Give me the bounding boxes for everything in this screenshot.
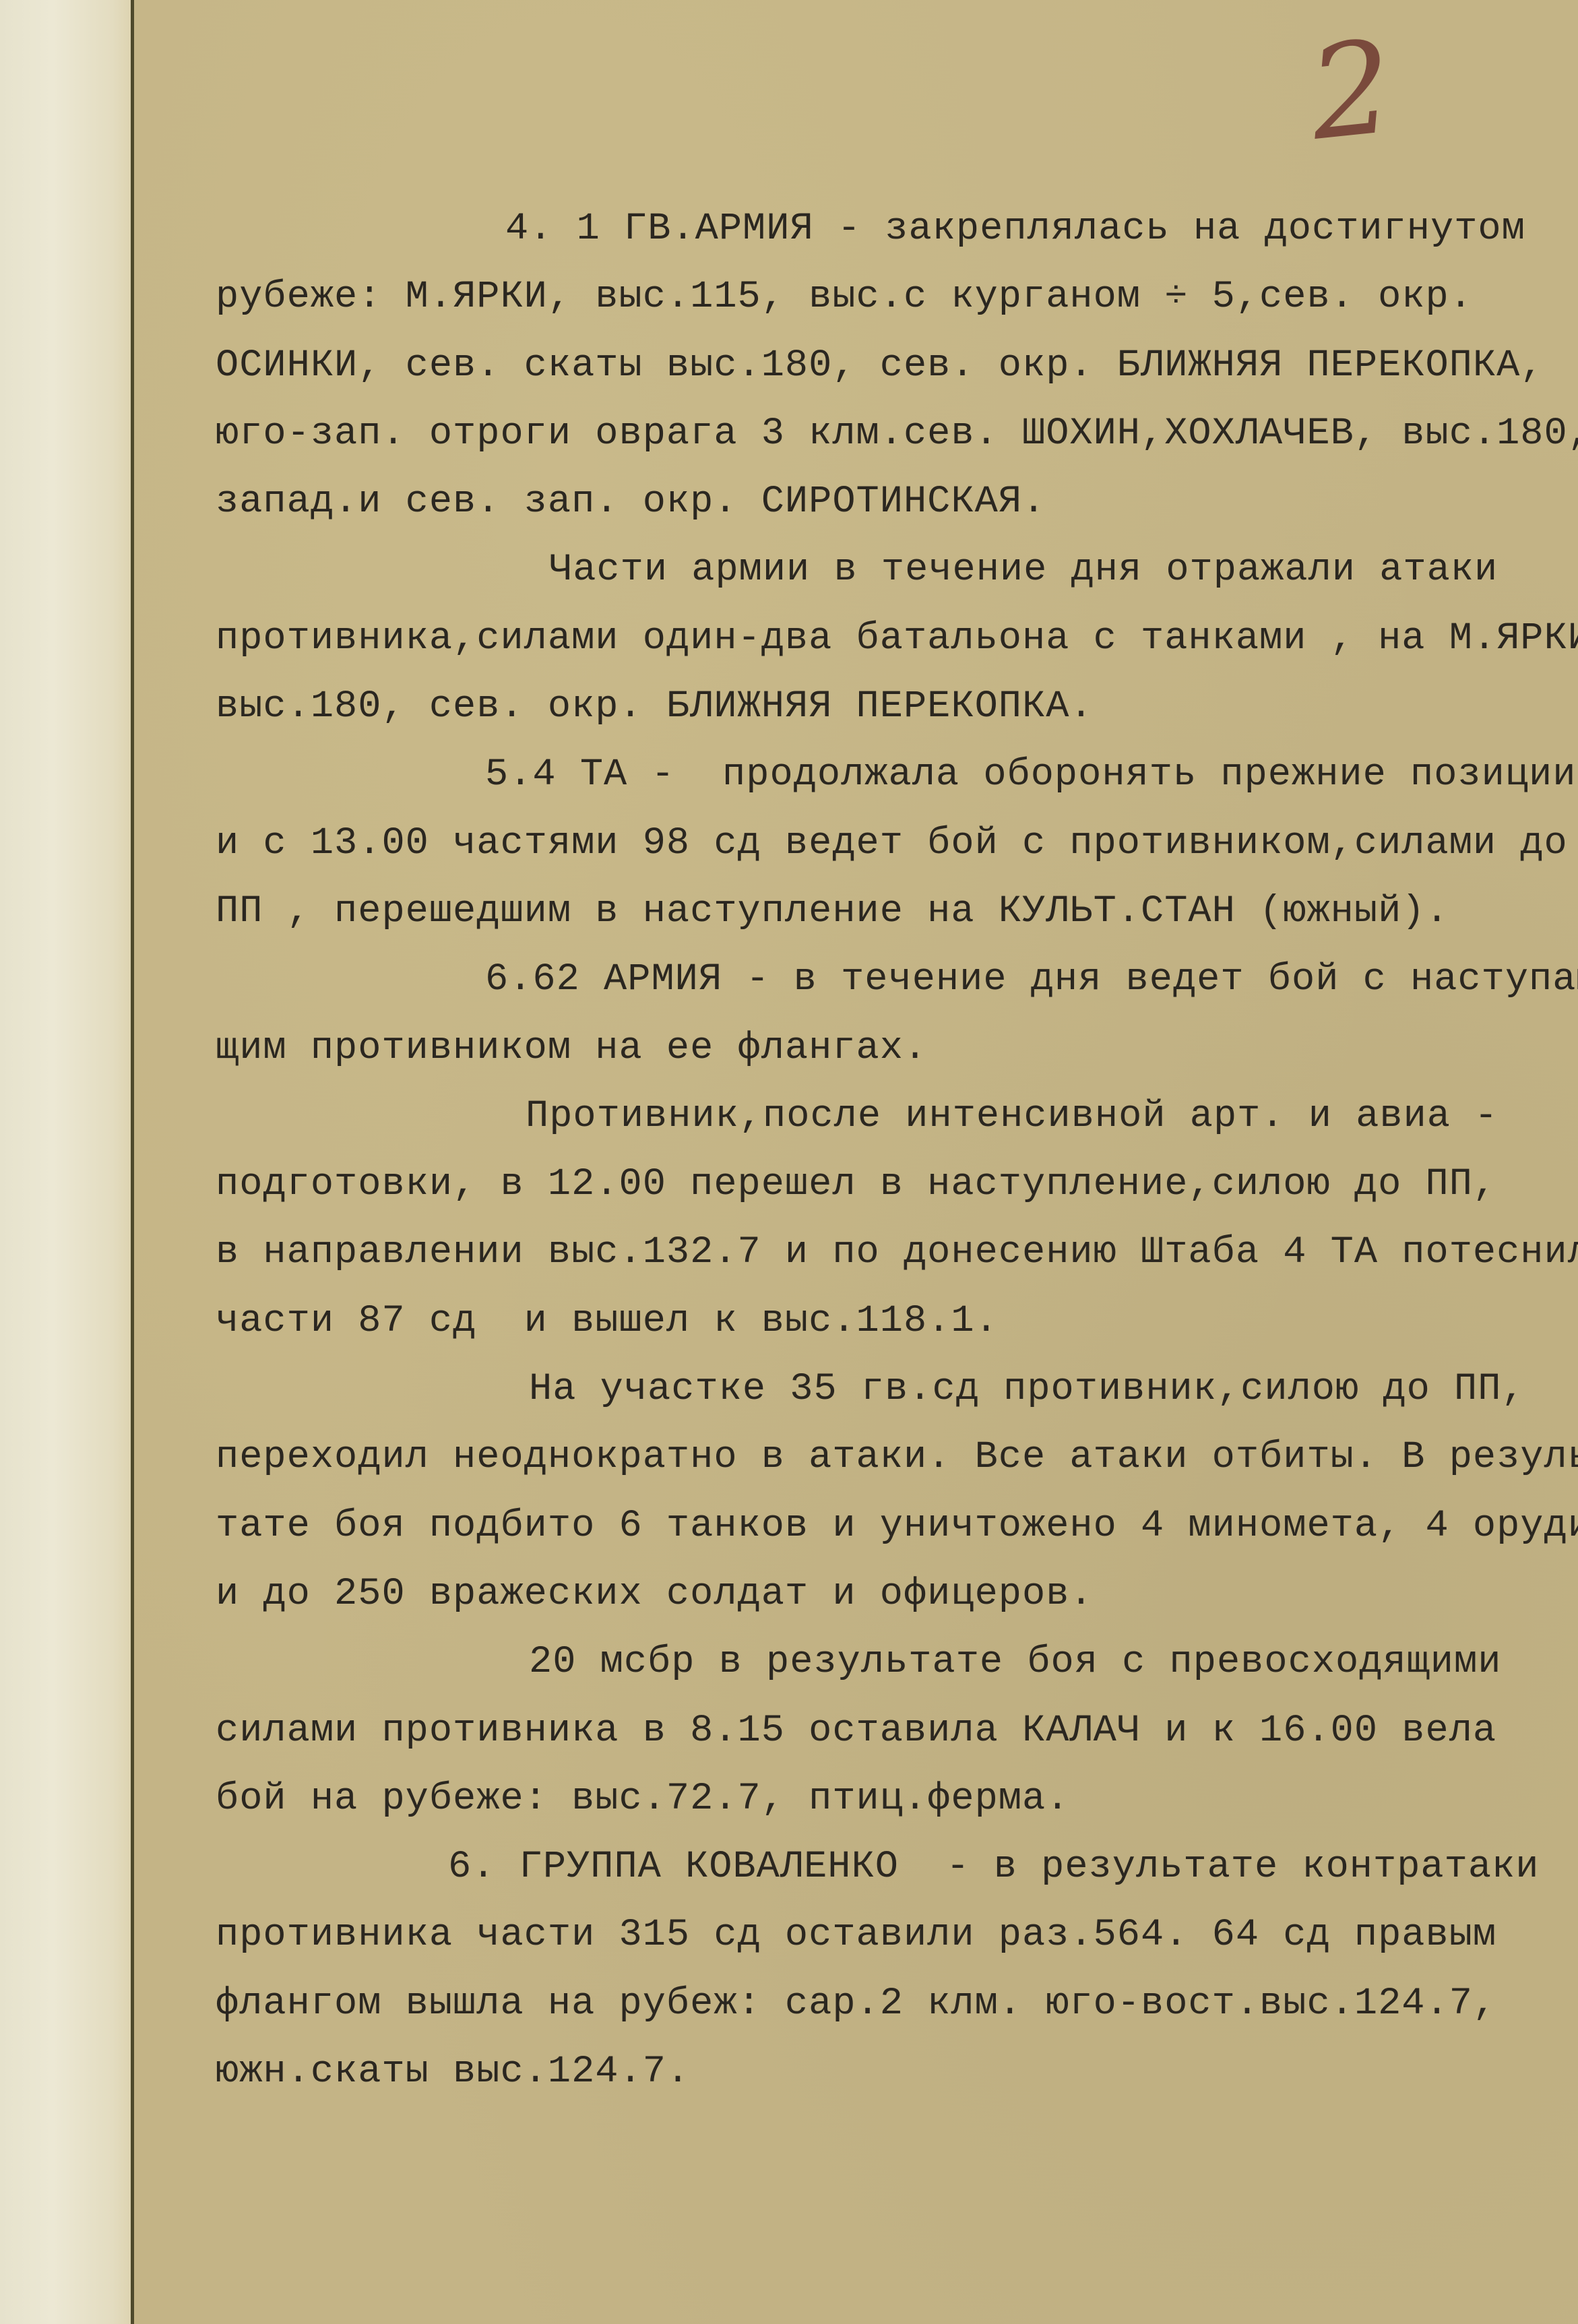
document-body: 4. 1 ГВ.АРМИЯ - закреплялась на достигну… xyxy=(216,195,1563,2106)
text-line: южн.скаты выс.124.7. xyxy=(216,2038,1563,2106)
section-heading-line: 4. 1 ГВ.АРМИЯ - закреплялась на достигну… xyxy=(216,195,1563,263)
text-line: щим противником на ее флангах. xyxy=(216,1015,1563,1083)
paragraph-first-line: 20 мсбр в результате боя с превосходящим… xyxy=(216,1629,1563,1697)
text-line: части 87 сд и вышел к выс.118.1. xyxy=(216,1288,1563,1356)
handwritten-page-number: 2 xyxy=(1304,23,1398,159)
text-line: подготовки, в 12.00 перешел в наступлени… xyxy=(216,1151,1563,1219)
text-line: бой на рубеже: выс.72.7, птиц.ферма. xyxy=(216,1765,1563,1833)
text-line: и до 250 вражеских солдат и офицеров. xyxy=(216,1561,1563,1629)
text-line: силами противника в 8.15 оставила КАЛАЧ … xyxy=(216,1697,1563,1765)
text-line: ПП , перешедшим в наступление на КУЛЬТ.С… xyxy=(216,878,1563,946)
backing-sheet-strip xyxy=(0,0,132,2324)
text-line: в направлении выс.132.7 и по донесению Ш… xyxy=(216,1219,1563,1287)
section-heading-line: 6. ГРУППА КОВАЛЕНКО - в результате контр… xyxy=(216,1833,1563,1902)
paragraph-first-line: Противник,после интенсивной арт. и авиа … xyxy=(216,1083,1563,1151)
text-line: выс.180, сев. окр. БЛИЖНЯЯ ПЕРЕКОПКА. xyxy=(216,673,1563,741)
paragraph-first-line: На участке 35 гв.сд противник,силою до П… xyxy=(216,1356,1563,1424)
text-line: запад.и сев. зап. окр. СИРОТИНСКАЯ. xyxy=(216,468,1563,536)
text-line: переходил неоднократно в атаки. Все атак… xyxy=(216,1424,1563,1492)
text-line: и с 13.00 частями 98 сд ведет бой с прот… xyxy=(216,810,1563,878)
paragraph-first-line: Части армии в течение дня отражали атаки xyxy=(216,536,1563,604)
text-line: ОСИНКИ, сев. скаты выс.180, сев. окр. БЛ… xyxy=(216,332,1563,400)
section-heading-line: 6.62 АРМИЯ - в течение дня ведет бой с н… xyxy=(216,946,1563,1014)
text-line: противника части 315 сд оставили раз.564… xyxy=(216,1902,1563,1970)
text-line: флангом вышла на рубеж: сар.2 клм. юго-в… xyxy=(216,1970,1563,2038)
text-line: противника,силами один-два батальона с т… xyxy=(216,605,1563,673)
text-line: тате боя подбито 6 танков и уничтожено 4… xyxy=(216,1493,1563,1561)
text-line: рубеже: М.ЯРКИ, выс.115, выс.с курганом … xyxy=(216,263,1563,332)
section-heading-line: 5.4 ТА - продолжала оборонять прежние по… xyxy=(216,741,1563,809)
text-line: юго-зап. отроги оврага 3 клм.сев. ШОХИН,… xyxy=(216,400,1563,468)
